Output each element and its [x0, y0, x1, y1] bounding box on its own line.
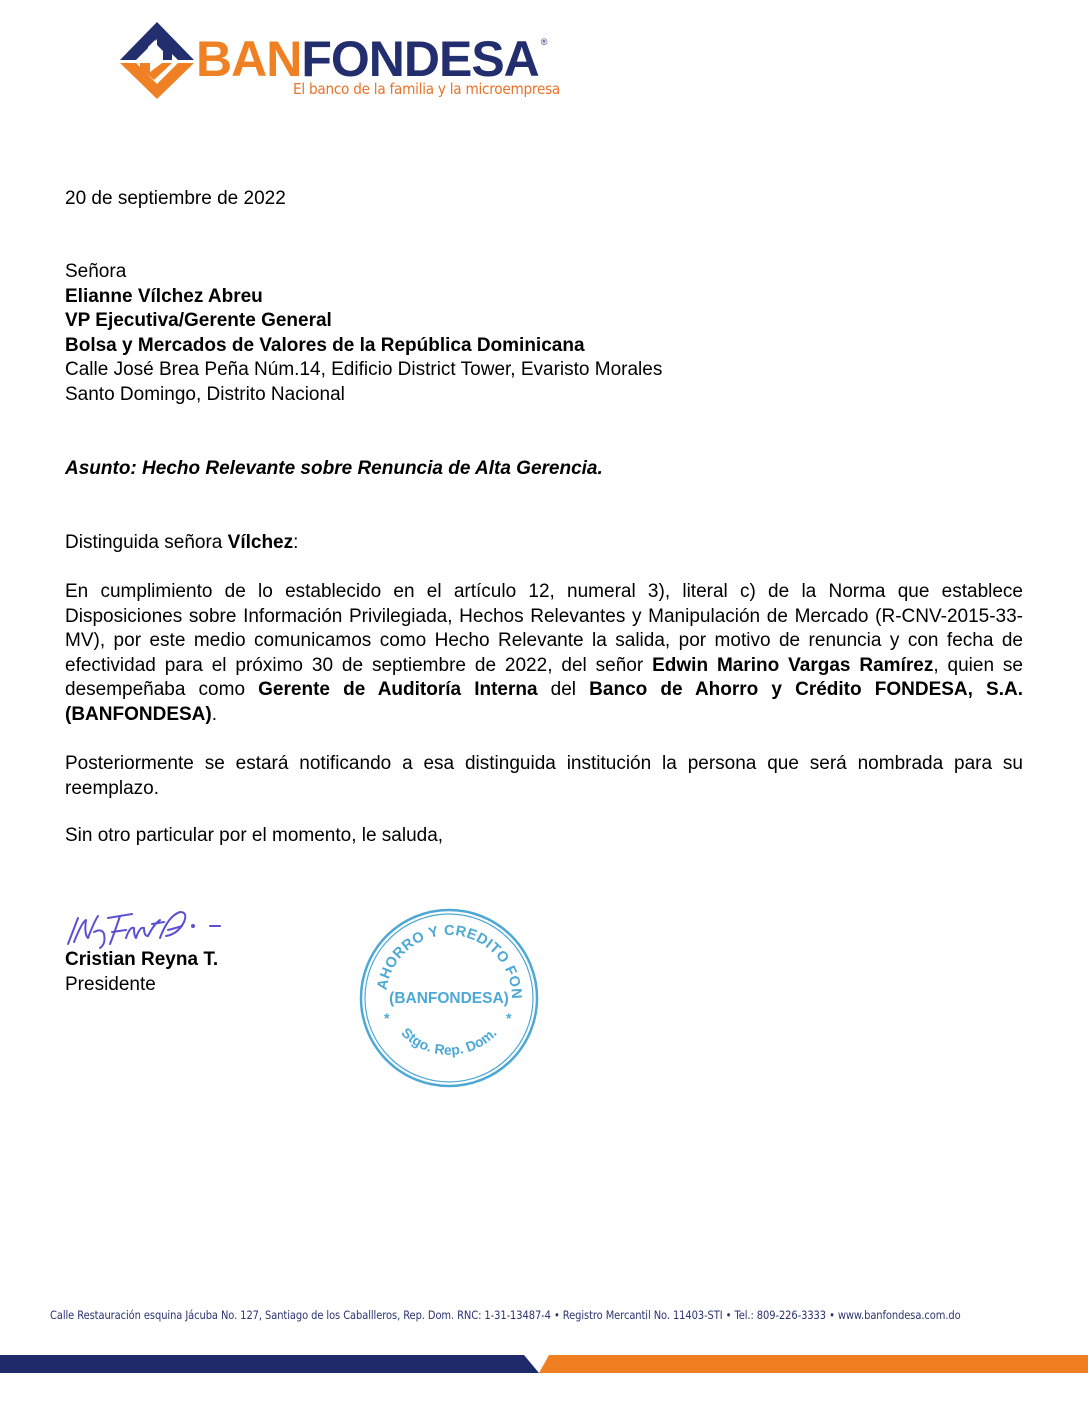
letter-greeting: Distinguida señora Vílchez: — [65, 531, 298, 556]
brand-part-ban: BAN — [196, 31, 301, 87]
recipient-organization: Bolsa y Mercados de Valores de la Repúbl… — [65, 334, 662, 359]
stamp-center-text: (BANFONDESA) — [389, 990, 509, 1007]
footer-contact-info: Calle Restauración esquina Jácuba No. 12… — [50, 1308, 961, 1322]
svg-text:*: * — [506, 1010, 512, 1026]
letter-closing: Sin otro particular por el momento, le s… — [65, 824, 443, 849]
recipient-salutation-title: Señora — [65, 260, 662, 285]
recipient-address-line2: Santo Domingo, Distrito Nacional — [65, 383, 662, 408]
resigning-person-name: Edwin Marino Vargas Ramírez — [652, 655, 933, 676]
brand-wordmark: BANFONDESA® — [196, 34, 546, 84]
recipient-address-line1: Calle José Brea Peña Núm.14, Edificio Di… — [65, 358, 662, 383]
svg-text:BANCO DE AHORRO Y CREDITO FOND: BANCO DE AHORRO Y CREDITO FONDESA S.A. — [356, 905, 524, 1000]
registered-mark: ® — [541, 37, 547, 47]
company-seal-stamp: BANCO DE AHORRO Y CREDITO FONDESA S.A. (… — [356, 905, 542, 1091]
signer-name: Cristian Reyna T. — [65, 948, 218, 973]
resigning-person-position: Gerente de Auditoría Interna — [258, 679, 537, 700]
recipient-name: Elianne Vílchez Abreu — [65, 285, 662, 310]
footer-brand-bar — [0, 1355, 1088, 1373]
stamp-top-arc-text: BANCO DE AHORRO Y CREDITO FONDESA S.A. — [356, 905, 524, 1000]
signer-block: Cristian Reyna T. Presidente — [65, 948, 218, 997]
letter-subject: Asunto: Hecho Relevante sobre Renuncia d… — [65, 457, 603, 482]
brand-part-fondesa: FONDESA — [301, 31, 538, 87]
handwritten-signature-icon — [64, 904, 234, 950]
signer-title: Presidente — [65, 973, 218, 998]
recipient-block: Señora Elianne Vílchez Abreu VP Ejecutiv… — [65, 260, 662, 407]
banfondesa-diamond-logo-icon — [118, 20, 196, 100]
letter-date: 20 de septiembre de 2022 — [65, 187, 286, 212]
body-paragraph-2: Posteriormente se estará notificando a e… — [65, 752, 1023, 801]
stamp-bottom-arc-text: Stgo. Rep. Dom. — [398, 1024, 499, 1058]
paragraph-text: . — [212, 704, 217, 725]
paragraph-text: del — [538, 679, 590, 700]
brand-tagline: El banco de la familia y la microempresa — [293, 80, 560, 98]
svg-text:*: * — [384, 1010, 390, 1026]
greeting-suffix: : — [293, 532, 298, 553]
greeting-prefix: Distinguida señora — [65, 532, 228, 553]
body-paragraph-1: En cumplimiento de lo establecido en el … — [65, 580, 1023, 727]
recipient-position: VP Ejecutiva/Gerente General — [65, 309, 662, 334]
greeting-name: Vílchez — [228, 532, 293, 553]
svg-text:Stgo. Rep. Dom.: Stgo. Rep. Dom. — [398, 1024, 499, 1058]
